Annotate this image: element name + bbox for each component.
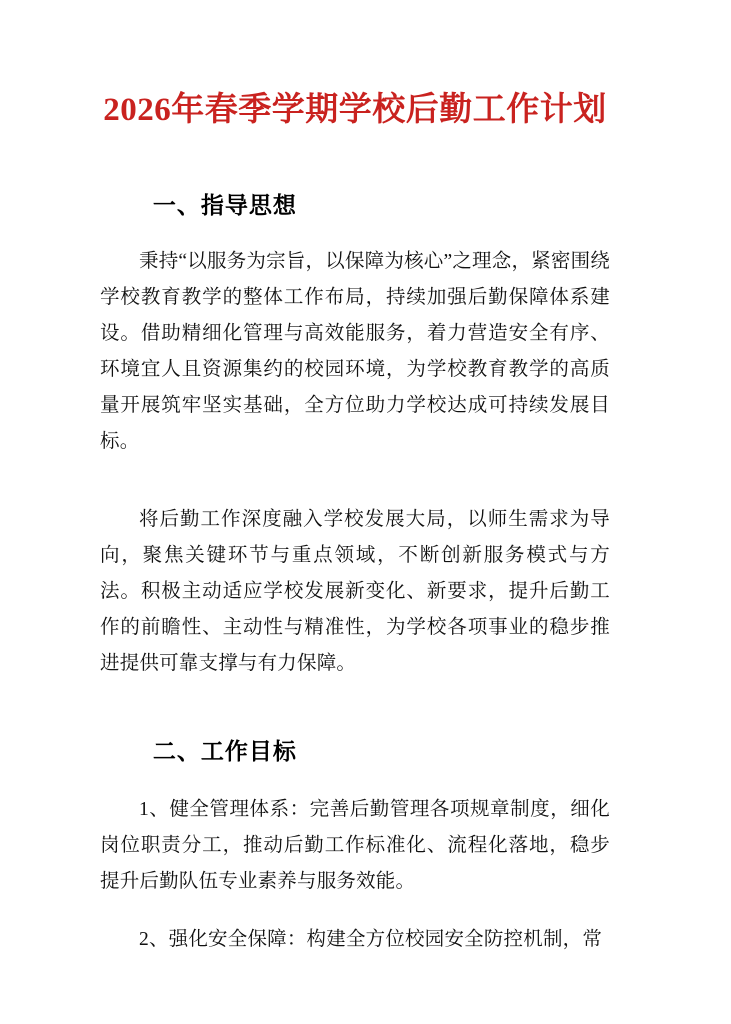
section-2-paragraph-2: 2、强化安全保障：构建全方位校园安全防控机制，常 xyxy=(100,922,610,958)
section-2-heading: 二、工作目标 xyxy=(100,736,610,768)
document-page: 2026年春季学期学校后勤工作计划 一、指导思想 秉持“以服务为宗旨，以保障为核… xyxy=(0,0,731,1024)
section-1-paragraph-2: 将后勤工作深度融入学校发展大局，以师生需求为导向，聚焦关键环节与重点领域，不断创… xyxy=(100,502,610,682)
document-title: 2026年春季学期学校后勤工作计划 xyxy=(100,88,610,132)
section-2-paragraph-1: 1、健全管理体系：完善后勤管理各项规章制度，细化岗位职责分工，推动后勤工作标准化… xyxy=(100,792,610,900)
section-1-paragraph-1: 秉持“以服务为宗旨，以保障为核心”之理念，紧密围绕学校教育教学的整体工作布局，持… xyxy=(100,244,610,460)
section-1-heading: 一、指导思想 xyxy=(100,190,610,222)
